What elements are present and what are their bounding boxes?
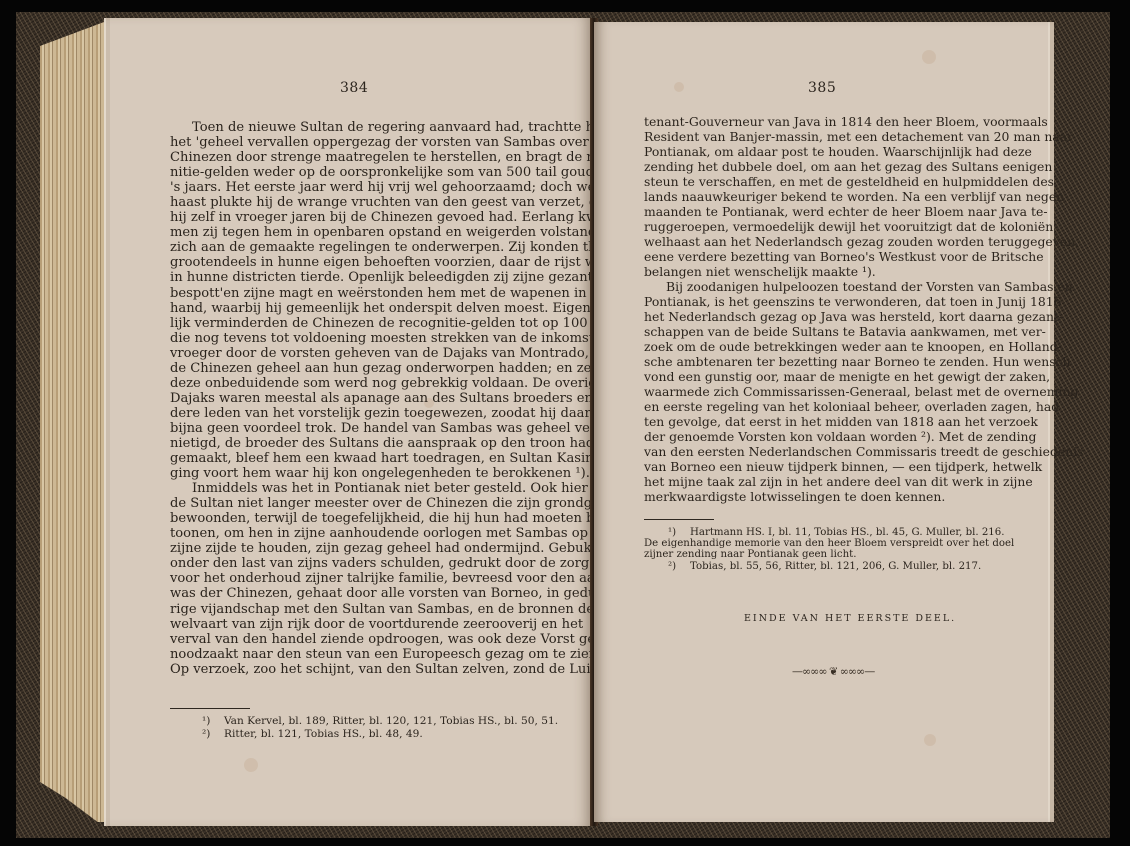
footnote: zijner zending naar Pontianak geen licht…	[644, 549, 996, 560]
text-line: hij zelf in vroeger jaren bij de Chineze…	[170, 210, 547, 225]
text-line: en eerste regeling van het koloniaal beh…	[644, 399, 996, 414]
page-number: 384	[340, 80, 368, 96]
text-line: ruggeroepen, vermoedelijk dewijl het voo…	[644, 219, 996, 234]
footnote-text: De eigenhandige memorie van den heer Blo…	[644, 538, 1014, 549]
footnote-mark: ¹)	[668, 527, 690, 538]
text-line: deze onbeduidende som werd nog gebrekkig…	[170, 376, 547, 391]
text-line: ten gevolge, dat eerst in het midden van…	[644, 414, 996, 429]
paper-stain	[244, 758, 258, 772]
page-body-text: Toen de nieuwe Sultan de regering aanvaa…	[170, 120, 547, 677]
text-line: Toen de nieuwe Sultan de regering aanvaa…	[170, 120, 547, 135]
text-line: vroeger door de vorsten geheven van de D…	[170, 346, 547, 361]
text-line: de Chinezen geheel aan hun gezag onderwo…	[170, 361, 547, 376]
text-line: toonen, om hen in zijne aanhoudende oorl…	[170, 526, 547, 541]
text-line: haast plukte hij de wrange vruchten van …	[170, 195, 547, 210]
page-number: 385	[808, 80, 836, 96]
footnote: De eigenhandige memorie van den heer Blo…	[644, 538, 996, 549]
ornament-divider: —∞∞∞ ❦ ∞∞∞—	[792, 665, 874, 678]
text-line: bespott'en zijne magt en weërstonden hem…	[170, 286, 547, 301]
footnote-mark: ²)	[202, 728, 224, 741]
text-line: lands naauwkeuriger bekend te worden. Na…	[644, 189, 996, 204]
text-line: merkwaardigste lotwisselingen te doen ke…	[644, 489, 996, 504]
footnote-mark: ¹)	[202, 715, 224, 728]
text-line: Pontianak, is het geenszins te verwonder…	[644, 294, 996, 309]
text-line: maanden te Pontianak, werd echter de hee…	[644, 204, 996, 219]
footnote: ²)Ritter, bl. 121, Tobias HS., bl. 48, 4…	[178, 728, 548, 741]
paper-stain	[924, 734, 936, 746]
text-line: 's jaars. Het eerste jaar werd hij vrij …	[170, 180, 547, 195]
text-line: het 'geheel vervallen oppergezag der vor…	[170, 135, 547, 150]
text-line: der genoemde Vorsten kon voldaan worden …	[644, 429, 996, 444]
text-line: was der Chinezen, gehaat door alle vorst…	[170, 586, 547, 601]
footnote-rule	[644, 519, 714, 520]
text-line: voor het onderhoud zijner talrijke famil…	[170, 571, 547, 586]
footnote-rule	[170, 708, 250, 709]
page-edges	[40, 22, 104, 822]
footnote-text: Tobias, bl. 55, 56, Ritter, bl. 121, 206…	[690, 561, 981, 572]
footnotes: ¹)Van Kervel, bl. 189, Ritter, bl. 120, …	[178, 715, 548, 741]
text-line: schappen van de beide Sultans te Batavia…	[644, 324, 996, 339]
footnote-mark: ²)	[668, 561, 690, 572]
text-line: sche ambtenaren ter bezetting naar Borne…	[644, 354, 996, 369]
page-body-text: tenant-Gouverneur van Java in 1814 den h…	[644, 114, 996, 504]
text-line: grootendeels in hunne eigen behoeften vo…	[170, 255, 547, 270]
text-line: noodzaakt naar den steun van een Europee…	[170, 647, 547, 662]
text-line: het Nederlandsch gezag op Java was herst…	[644, 309, 996, 324]
text-line: hand, waarbij hij gemeenlijk het ondersp…	[170, 301, 547, 316]
text-line: onder den last van zijns vaders schulden…	[170, 556, 547, 571]
text-line: zich aan de gemaakte regelingen te onder…	[170, 240, 547, 255]
text-line: dere leden van het vorstelijk gezin toeg…	[170, 406, 547, 421]
footnote-text: Van Kervel, bl. 189, Ritter, bl. 120, 12…	[224, 715, 558, 727]
text-line: verval van den handel ziende opdroogen, …	[170, 632, 547, 647]
text-line: welvaart van zijn rijk door de voortdure…	[170, 617, 547, 632]
paper-stain	[922, 50, 936, 64]
text-line: vond een gunstig oor, maar de menigte en…	[644, 369, 996, 384]
text-line: die nog tevens tot voldoening moesten st…	[170, 331, 547, 346]
footnote: ¹)Hartmann HS. I, bl. 11, Tobias HS., bl…	[644, 527, 996, 538]
text-line: Bij zoodanigen hulpeloozen toestand der …	[644, 279, 996, 294]
footnote-text: Ritter, bl. 121, Tobias HS., bl. 48, 49.	[224, 728, 423, 740]
text-line: steun te verschaffen, en met de gesteldh…	[644, 174, 996, 189]
footnote-text: Hartmann HS. I, bl. 11, Tobias HS., bl. …	[690, 527, 1005, 538]
text-line: Dajaks waren meestal als apanage aan des…	[170, 391, 547, 406]
text-line: Inmiddels was het in Pontianak niet bete…	[170, 481, 547, 496]
text-line: Chinezen door strenge maatregelen te her…	[170, 150, 547, 165]
text-line: van den eersten Nederlandschen Commissar…	[644, 444, 996, 459]
footnote: ²)Tobias, bl. 55, 56, Ritter, bl. 121, 2…	[644, 561, 996, 572]
text-line: zijne zijde te houden, zijn gezag geheel…	[170, 541, 547, 556]
left-page: 384 Toen de nieuwe Sultan de regering aa…	[104, 18, 594, 826]
text-line: nitie-gelden weder op de oorspronkelijke…	[170, 165, 547, 180]
footnotes: ¹)Hartmann HS. I, bl. 11, Tobias HS., bl…	[644, 527, 996, 572]
text-line: lijk verminderden de Chinezen de recogni…	[170, 316, 547, 331]
text-line: de Sultan niet langer meester over de Ch…	[170, 496, 547, 511]
text-line: tenant-Gouverneur van Java in 1814 den h…	[644, 114, 996, 129]
text-line: zending het dubbele doel, om aan het gez…	[644, 159, 996, 174]
text-line: in hunne districten tierde. Openlijk bel…	[170, 270, 547, 285]
text-line: men zij tegen hem in openbaren opstand e…	[170, 225, 547, 240]
text-line: waarmede zich Commissarissen-Generaal, b…	[644, 384, 996, 399]
text-line: ging voort hem waar hij kon ongelegenhed…	[170, 466, 547, 481]
text-line: nietigd, de broeder des Sultans die aans…	[170, 436, 547, 451]
text-line: zoek om de oude betrekkingen weder aan t…	[644, 339, 996, 354]
footnote-text: zijner zending naar Pontianak geen licht…	[644, 549, 856, 560]
text-line: Op verzoek, zoo het schijnt, van den Sul…	[170, 662, 547, 677]
text-line: welhaast aan het Nederlandsch gezag zoud…	[644, 234, 996, 249]
text-line: rige vijandschap met den Sultan van Samb…	[170, 602, 547, 617]
text-line: gemaakt, bleef hem een kwaad hart toedra…	[170, 451, 547, 466]
text-line: het mijne taak zal zijn in het andere de…	[644, 474, 996, 489]
text-line: van Borneo een nieuw tijdperk binnen, — …	[644, 459, 996, 474]
text-line: Pontianak, om aldaar post te houden. Waa…	[644, 144, 996, 159]
paper-stain	[674, 82, 684, 92]
text-line: Resident van Banjer-massin, met een deta…	[644, 129, 996, 144]
footnote: ¹)Van Kervel, bl. 189, Ritter, bl. 120, …	[178, 715, 548, 728]
right-page: 385 tenant-Gouverneur van Java in 1814 d…	[594, 22, 1054, 822]
text-line: bijna geen voordeel trok. De handel van …	[170, 421, 547, 436]
text-line: belangen niet wenschelijk maakte ¹).	[644, 264, 996, 279]
end-of-volume-note: EINDE VAN HET EERSTE DEEL.	[744, 613, 956, 624]
text-line: eene verdere bezetting van Borneo's West…	[644, 249, 996, 264]
text-line: bewoonden, terwijl de toegefelijkheid, d…	[170, 511, 547, 526]
